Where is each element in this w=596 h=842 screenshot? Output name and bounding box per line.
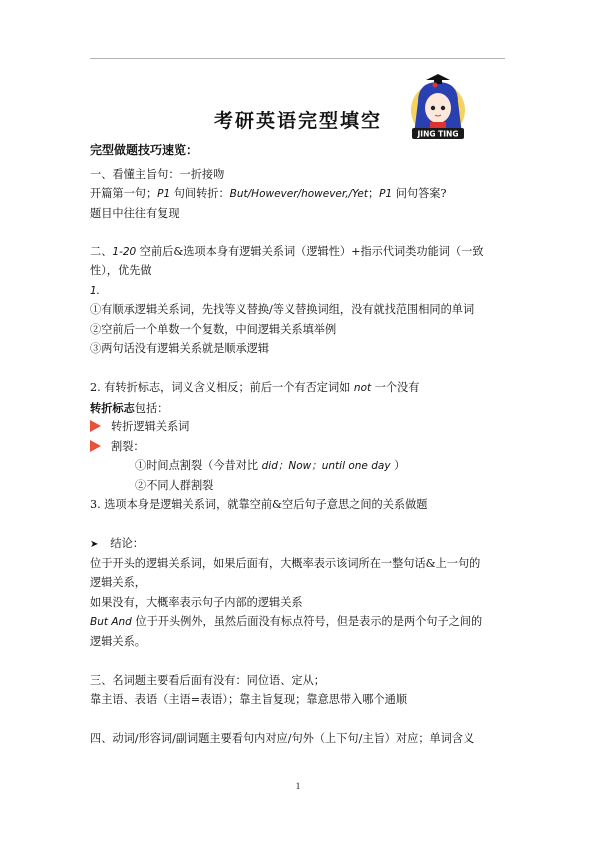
s1-text: ； bbox=[368, 187, 379, 200]
s2-text: 空前后&选项本身有逻辑关系词（逻辑性）+指示代词类功能词（一致 bbox=[136, 245, 483, 258]
s1-transition-words: But/However/however,/Yet bbox=[230, 188, 368, 200]
point3: 3. 选项本身是逻辑关系词，就靠空前&空后句子意思之间的关系做题 bbox=[90, 498, 427, 512]
bullet-text: 割裂： bbox=[111, 440, 145, 453]
point2-text: 2. 有转折标志，词义含义相反；前后一个有否定词如 bbox=[90, 381, 354, 394]
document-title: 考研英语完型填空 bbox=[0, 106, 596, 133]
s4-line1: 四、动词/形容词/副词题主要看句内对应/句外（上下句/主旨）对应；单词含义 bbox=[90, 732, 474, 746]
point2-text: 一个没有 bbox=[371, 381, 419, 394]
section-heading: 完型做题技巧速览： bbox=[90, 143, 198, 157]
s2-text: 二、 bbox=[90, 245, 112, 258]
page-number: 1 bbox=[0, 781, 596, 791]
s1-text: 问句答案? bbox=[392, 187, 446, 200]
point2: 2. 有转折标志，词义含义相反；前后一个有否定词如 not 一个没有 bbox=[90, 381, 419, 395]
s1-p1: P1 bbox=[157, 188, 170, 200]
s1-line3: 题目中往往有复现 bbox=[90, 207, 180, 221]
sub-item: ①时间点割裂（今昔对比 did；Now；until one day ） bbox=[135, 459, 405, 473]
s1-line1: 一、看懂主旨句：一折接吻 bbox=[90, 168, 224, 182]
conclusion-label: ➤结论： bbox=[90, 537, 144, 552]
header-rule bbox=[90, 58, 505, 59]
svg-text:JING TING: JING TING bbox=[417, 130, 459, 139]
s1-p1: P1 bbox=[379, 188, 392, 200]
s3-line1: 三、名词题主要看后面有没有：同位语、定从； bbox=[90, 674, 325, 688]
bullet-item: 割裂： bbox=[90, 440, 145, 454]
markers-bold: 转折标志 bbox=[90, 401, 135, 415]
sub-item: ②不同人群割裂 bbox=[135, 479, 213, 493]
sub-text: ） bbox=[391, 459, 406, 472]
point1-item: ②空前后一个单数一个复数，中间逻辑关系填举例 bbox=[90, 323, 336, 337]
markers-heading: 转折标志包括： bbox=[90, 401, 168, 416]
arrow-bullet-icon: ➤ bbox=[90, 538, 98, 552]
point1-label: 1. bbox=[90, 284, 100, 298]
conclusion-text: 结论： bbox=[110, 537, 144, 550]
point1-item: ①有顺承逻辑关系词，先找等义替换/等义替换词组，没有就找范围相同的单词 bbox=[90, 303, 474, 317]
conclusion-text: 位于开头例外，虽然后面没有标点符号，但是表示的是两个句子之间的 bbox=[132, 615, 482, 628]
s1-line2: 开篇第一句；P1 句间转折：But/However/however,/Yet；P… bbox=[90, 187, 446, 201]
bullet-item: 转折逻辑关系词 bbox=[90, 420, 189, 434]
markers-text: 包括： bbox=[135, 402, 169, 415]
s2-line1: 二、1-20 空前后&选项本身有逻辑关系词（逻辑性）+指示代词类功能词（一致 bbox=[90, 245, 484, 259]
bullet-text: 转折逻辑关系词 bbox=[111, 420, 189, 433]
point1-item: ③两句话没有逻辑关系就是顺承逻辑 bbox=[90, 342, 269, 356]
point2-word: not bbox=[354, 382, 371, 394]
s3-line2: 靠主语、表语（主语=表语）；靠主旨复现；靠意思带入哪个通顺 bbox=[90, 693, 407, 707]
conclusion-line: 位于开头的逻辑关系词，如果后面有，大概率表示该词所在一整句话&上一句的 bbox=[90, 557, 480, 571]
avatar-logo-icon: JING TING bbox=[404, 72, 472, 142]
s1-text: 句间转折： bbox=[170, 187, 230, 200]
s2-range: 1-20 bbox=[112, 246, 136, 258]
triangle-bullet-icon bbox=[90, 420, 101, 432]
triangle-bullet-icon bbox=[90, 440, 101, 452]
conclusion-line: 逻辑关系。 bbox=[90, 635, 146, 649]
sub-text: ①时间点割裂（今昔对比 bbox=[135, 459, 262, 472]
s2-line2: 性），优先做 bbox=[90, 264, 152, 278]
conclusion-line: 如果没有，大概率表示句子内部的逻辑关系 bbox=[90, 596, 303, 610]
sub-words: did；Now；until one day bbox=[262, 460, 391, 472]
conclusion-line: 逻辑关系， bbox=[90, 576, 146, 590]
conclusion-line: But And 位于开头例外，虽然后面没有标点符号，但是表示的是两个句子之间的 bbox=[90, 615, 482, 629]
s1-text: 开篇第一句； bbox=[90, 187, 157, 200]
but-and-words: But And bbox=[90, 616, 132, 628]
